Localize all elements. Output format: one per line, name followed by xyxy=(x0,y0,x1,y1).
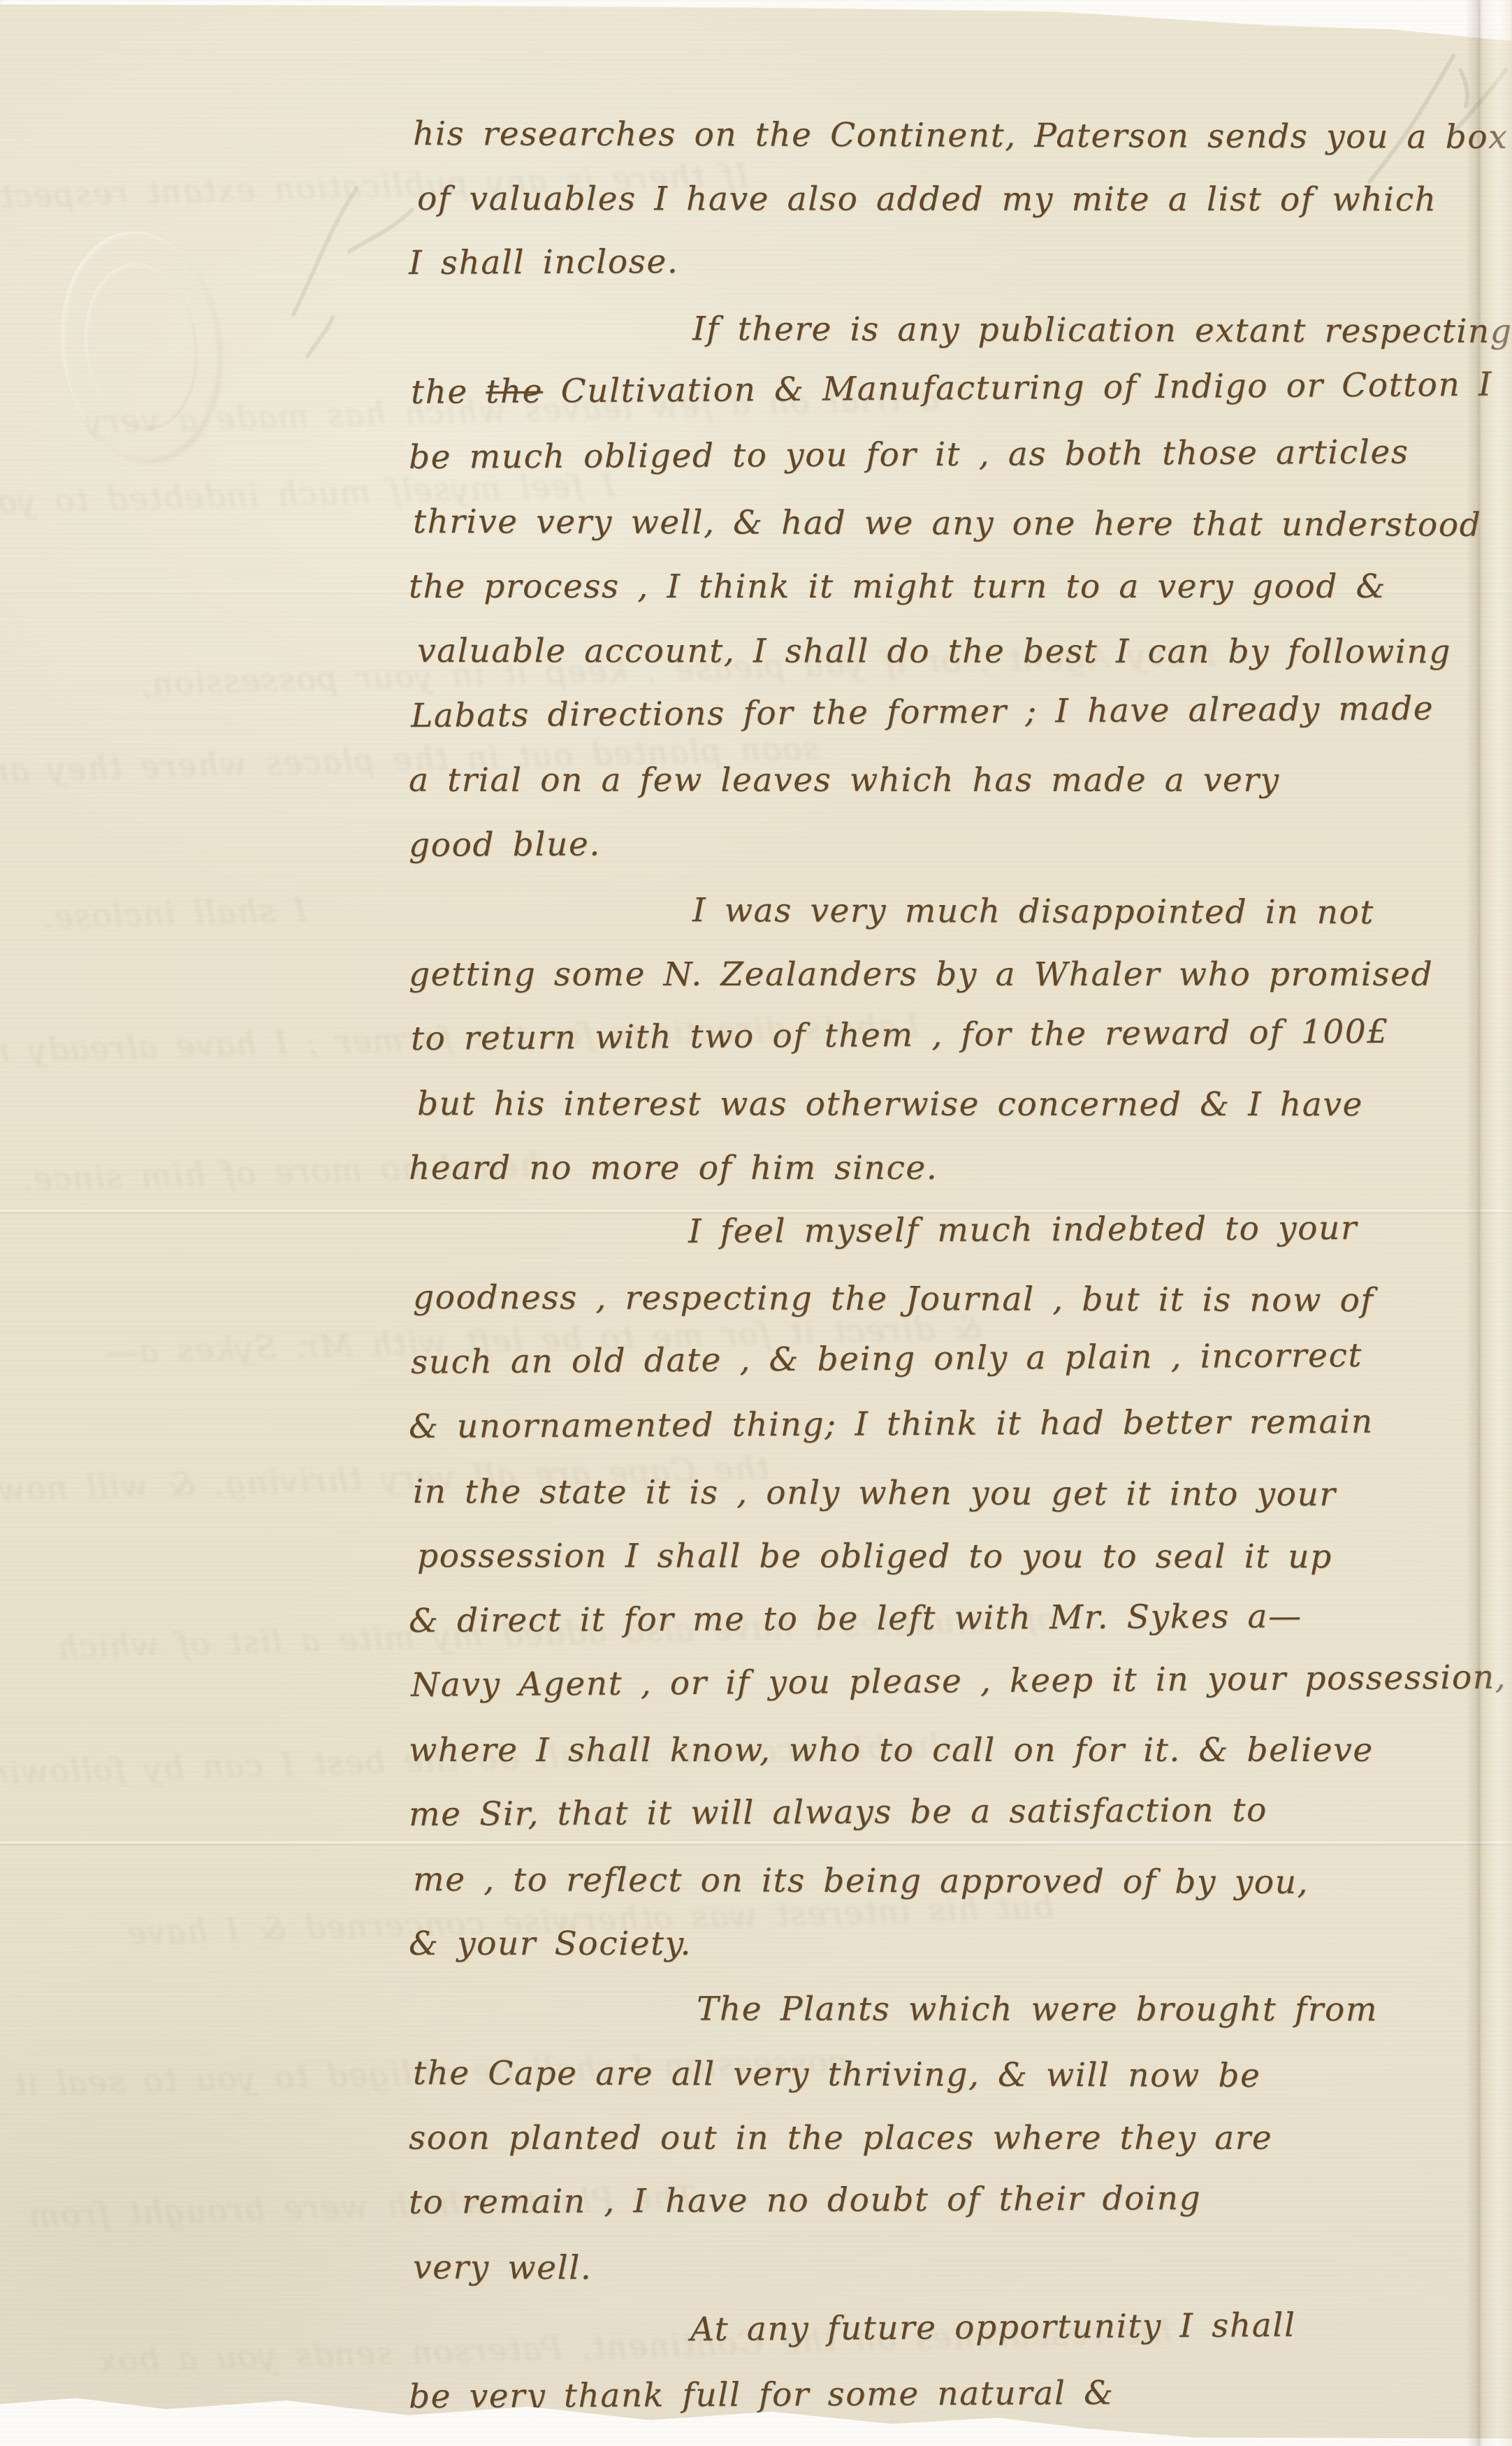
torn-top-edge xyxy=(0,0,1512,49)
letter-line: Navy Agent , or if you please , keep it … xyxy=(411,1646,1502,1718)
embossed-stamp xyxy=(48,222,235,471)
letter-line: getting some N. Zealanders by a Whaler w… xyxy=(409,943,1499,1008)
letter-line: I shall inclose. xyxy=(409,226,1499,296)
letter-line: the process , I think it might turn to a… xyxy=(409,555,1499,620)
bleed-through-line: I shall inclose. xyxy=(41,891,307,936)
letter-line: I feel myself much indebted to your xyxy=(409,1195,1499,1266)
letter-line: Labats directions for the former ; I hav… xyxy=(411,676,1502,748)
letter-line: the Cape are all very thriving, & will n… xyxy=(413,2041,1503,2109)
letter-line: good blue. xyxy=(409,807,1499,878)
letter-line: thrive very well, & had we any one here … xyxy=(413,490,1503,558)
letter-line: such an old date , & being only a plain … xyxy=(411,1322,1502,1395)
letter-line: me Sir, that it will always be a satisfa… xyxy=(409,1777,1499,1848)
letter-line: in the state it is , only when you get i… xyxy=(413,1460,1503,1528)
letter-line: of valuables I have also added my mite a… xyxy=(417,167,1507,233)
letter-line: & unornamented thing; I think it had bet… xyxy=(409,1389,1499,1460)
letter-page: If there is any publication extant respe… xyxy=(0,0,1512,2446)
letter-line: to remain , I have no doubt of their doi… xyxy=(409,2165,1499,2236)
letter-line: but his interest was otherwise concerned… xyxy=(417,1072,1507,1138)
right-fold-shadow xyxy=(1466,0,1512,2446)
scanned-letter-screenshot: { "page": { "kind": "handwritten letter,… xyxy=(0,0,1512,2446)
letter-line: me , to reflect on its being approved of… xyxy=(413,1848,1503,1916)
letter-line: valuable account, I shall do the best I … xyxy=(417,619,1507,685)
letter-body: his researches on the Continent, Paterso… xyxy=(409,102,1499,2429)
letter-line: the the Cultivation & Manufacturing of I… xyxy=(411,353,1502,426)
letter-line: where I shall know, who to call on for i… xyxy=(409,1718,1499,1783)
letter-line: heard no more of him since. xyxy=(409,1136,1499,1201)
letter-line: to return with two of them , for the rew… xyxy=(411,999,1502,1072)
letter-line: a trial on a few leaves which has made a… xyxy=(409,748,1499,813)
letter-line: & your Society. xyxy=(409,1912,1499,1977)
letter-line: possession I shall be obliged to you to … xyxy=(417,1524,1507,1590)
letter-line: & direct it for me to be left with Mr. S… xyxy=(409,1583,1499,1653)
letter-line: I was very much disappointed in not xyxy=(413,878,1503,946)
letter-line: At any future opportunity I shall xyxy=(411,2292,1502,2365)
letter-line: The Plants which were brought from xyxy=(417,1977,1507,2043)
letter-line: be much obliged to you for it , as both … xyxy=(409,419,1499,490)
struck-word: the xyxy=(486,372,543,412)
letter-line: his researches on the Continent, Paterso… xyxy=(413,102,1503,170)
letter-line: soon planted out in the places where the… xyxy=(409,2106,1499,2171)
